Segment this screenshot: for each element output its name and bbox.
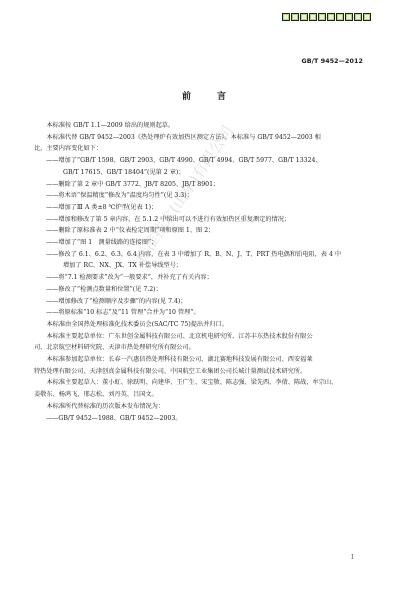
foreword-body: 本标准按 GB/T 1.1—2009 给出的规则起草。 本标准代替 GB/T 9… bbox=[34, 120, 364, 424]
mark-box bbox=[363, 13, 371, 21]
top-scan-mark bbox=[282, 13, 371, 21]
paragraph-replaces: 本标准代替 GB/T 9452—2003《热处理炉有效加热区测定方法》。本标准与… bbox=[34, 132, 364, 144]
mark-box bbox=[336, 13, 344, 21]
change-item: ——增加和修改了第 5 章内容，在 5.1.2 中给出可以不进行有效加热区重复测… bbox=[34, 214, 364, 226]
change-item: ——删除了原标准表 2 中“仪表检定周期”项和原图 1、图 2； bbox=[34, 225, 364, 237]
change-item: ——将术语“保温精度”修改为“温度均匀性”(见 3.3)； bbox=[34, 190, 364, 202]
change-item: ——删除了第 2 章中 GB/T 3772、JB/T 8205、JB/T 890… bbox=[34, 179, 364, 191]
history-item: ——GB/T 9452—1988、GB/T 9452—2003。 bbox=[34, 413, 364, 425]
change-item: ——增加了“图 1 测量线路的连接图”； bbox=[34, 237, 364, 249]
paragraph-drafting-rule: 本标准按 GB/T 1.1—2009 给出的规则起草。 bbox=[34, 120, 364, 132]
mark-box bbox=[291, 13, 299, 21]
mark-box bbox=[282, 13, 290, 21]
paragraph-main-drafters: 本标准主要起草人：董小虹、徐跃明、向建华、王广生、宋宝敬、陈志强、梁先西、李倩、… bbox=[34, 377, 364, 389]
standard-code: GB/T 9452—2012 bbox=[301, 58, 363, 65]
mark-box bbox=[318, 13, 326, 21]
paragraph-proposed-by: 本标准由全国热处理标准化技术委员会(SAC/TC 75)提出并归口。 bbox=[34, 319, 364, 331]
mark-box bbox=[354, 13, 362, 21]
mark-box bbox=[345, 13, 353, 21]
paragraph-history-intro: 本标准所代替标准的历次版本发布情况为： bbox=[34, 401, 364, 413]
title-char: 言 bbox=[217, 92, 252, 102]
change-item: ——将原标准“10 标志”及“11 管理”合并为“10 管理”。 bbox=[34, 307, 364, 319]
change-item: ——修改了“检测点数量和位置”(见 7.2)； bbox=[34, 284, 364, 296]
change-item: ——将“7.1 检测要求”改为“一般要求”，并补充了有关内容； bbox=[34, 272, 364, 284]
page-title: 前言 bbox=[0, 89, 408, 102]
paragraph-replaces-cont: 比，主要内容变化如下： bbox=[34, 143, 364, 155]
change-item: ——增加了Ⅲ A 类±8 ℃炉型(见表 1)； bbox=[34, 202, 364, 214]
mark-box bbox=[309, 13, 317, 21]
paragraph-main-drafters-cont: 姜敬东、杨鸿飞、邢志松、刘丹英、吕国文。 bbox=[34, 389, 364, 401]
mark-box bbox=[327, 13, 335, 21]
page-number: I bbox=[351, 553, 354, 561]
change-item: ——修改了 6.1、6.2、6.3、6.4 内容，在表 3 中增加了 R、B、N… bbox=[34, 249, 364, 272]
change-item: ——增加修改了“检测顺序及步骤”的内容(见 7.4)； bbox=[34, 296, 364, 308]
paragraph-participating-units-cont: 特热处理有限公司、天津创真金属科技有限公司、中国航空工业集团公司长城计量测试技术… bbox=[34, 366, 364, 378]
title-char: 前 bbox=[182, 92, 217, 102]
paragraph-participating-units: 本标准参加起草单位：长春一汽惠信热处理科技有限公司、湖北赛地科技发展有限公司、西… bbox=[34, 354, 364, 366]
paragraph-main-drafting-units: 本标准主要起草单位：广东世创金属科技有限公司、北京机电研究所、江苏丰东热技术股份… bbox=[34, 331, 364, 343]
paragraph-main-drafting-units-cont: 司、北京航空材料研究院、天津市热处理研究所有限公司。 bbox=[34, 342, 364, 354]
change-item: ——增加了“GB/T 1598、GB/T 2903、GB/T 4990、GB/T… bbox=[34, 155, 364, 178]
mark-box bbox=[300, 13, 308, 21]
